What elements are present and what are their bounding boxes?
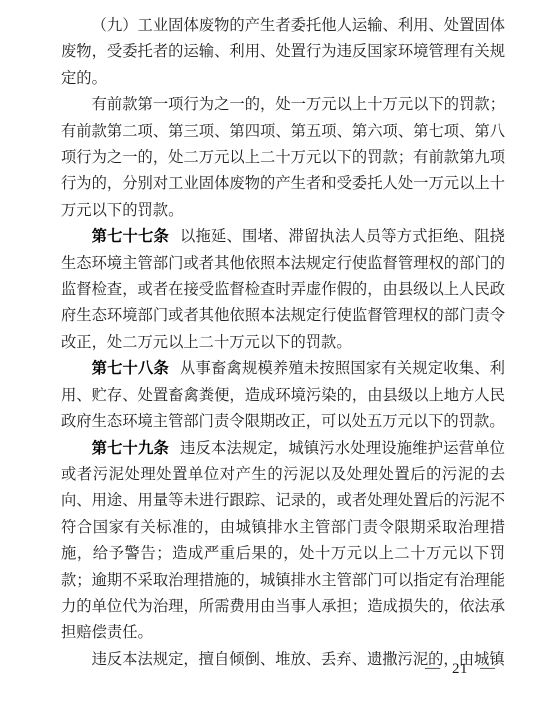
document-page: （九）工业固体废物的产生者委托他人运输、利用、处置固体废物，受委托者的运输、利用…: [0, 0, 553, 705]
article-78-paragraph: 第七十八条从事畜禽规模养殖未按照国家有关规定收集、利用、贮存、处置畜禽粪便，造成…: [61, 356, 505, 435]
footer-dash-right: —: [480, 659, 495, 677]
article-78-number: 第七十八条: [92, 360, 169, 377]
list-item-nine-paragraph: （九）工业固体废物的产生者委托他人运输、利用、处置固体废物，受委托者的运输、利用…: [61, 13, 505, 92]
paragraph-text: 有前款第一项行为之一的，处一万元以上十万元以下的罚款；有前款第二项、第三项、第四…: [61, 96, 505, 219]
article-79-paragraph: 第七十九条违反本法规定，城镇污水处理设施维护运营单位或者污泥处理处置单位对产生的…: [61, 436, 505, 647]
paragraph-text: 以拖延、围堵、滞留执法人员等方式拒绝、阻挠生态环境主管部门或者其他依照本法规定行…: [61, 228, 505, 351]
article-77-paragraph: 第七十七条以拖延、围堵、滞留执法人员等方式拒绝、阻挠生态环境主管部门或者其他依照…: [61, 224, 505, 356]
penalty-amounts-paragraph: 有前款第一项行为之一的，处一万元以上十万元以下的罚款；有前款第二项、第三项、第四…: [61, 92, 505, 224]
article-79-number: 第七十九条: [92, 440, 169, 457]
page-footer: — 21 —: [425, 660, 495, 678]
footer-dash-left: —: [425, 659, 440, 677]
page-number: 21: [452, 660, 468, 678]
paragraph-text: 违反本法规定，城镇污水处理设施维护运营单位或者污泥处理处置单位对产生的污泥以及处…: [61, 440, 505, 642]
article-77-number: 第七十七条: [92, 228, 169, 245]
document-body: （九）工业固体废物的产生者委托他人运输、利用、处置固体废物，受委托者的运输、利用…: [61, 13, 505, 673]
paragraph-text: （九）工业固体废物的产生者委托他人运输、利用、处置固体废物，受委托者的运输、利用…: [61, 17, 505, 87]
